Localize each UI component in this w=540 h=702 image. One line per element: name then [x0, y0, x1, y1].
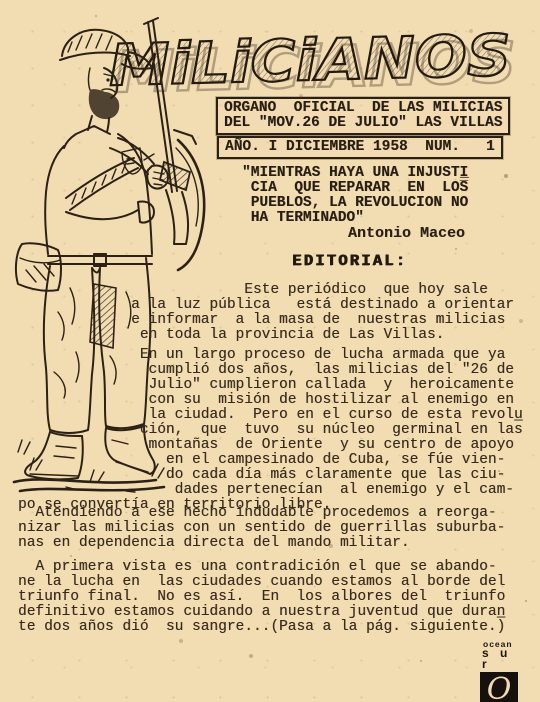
editorial-paragraph-1: Este periódico que hoy sale a la luz púb…	[18, 283, 514, 343]
editorial-heading: EDITORIAL:	[292, 254, 407, 269]
ocean-sur-logo: ocean s u r O	[480, 640, 526, 702]
soldier-face	[89, 68, 120, 119]
logo-sur-text: s u r	[482, 648, 526, 670]
editorial-paragraph-4: A primera vista es una contradición el q…	[18, 560, 505, 635]
opening-quote: "MIENTRAS HAYA UNA INJUSTI̲ CIA QUE REPA…	[242, 166, 468, 226]
masthead-issue-box: AÑO. I DICIEMBRE 1958 NUM. 1	[217, 136, 503, 159]
soldier-cap	[60, 30, 152, 69]
logo-o-mark: O	[480, 672, 518, 702]
soldier-rifle	[144, 18, 204, 270]
editorial-paragraph-3: Atendiendo a ese hecho indudable procede…	[18, 506, 505, 551]
paper-noise-speckles	[0, 0, 2, 2]
logo-o-letter: O	[487, 675, 512, 702]
masthead-org-box: ORGANO OFICIAL DE LAS MILICIAS DEL "MOV.…	[216, 97, 510, 135]
quote-attribution: Antonio Maceo	[348, 226, 465, 241]
newspaper-page: MiLiCiANOS MiLiCiANOS	[0, 0, 540, 702]
editorial-paragraph-2: En un largo proceso de lucha armada que …	[18, 348, 523, 513]
